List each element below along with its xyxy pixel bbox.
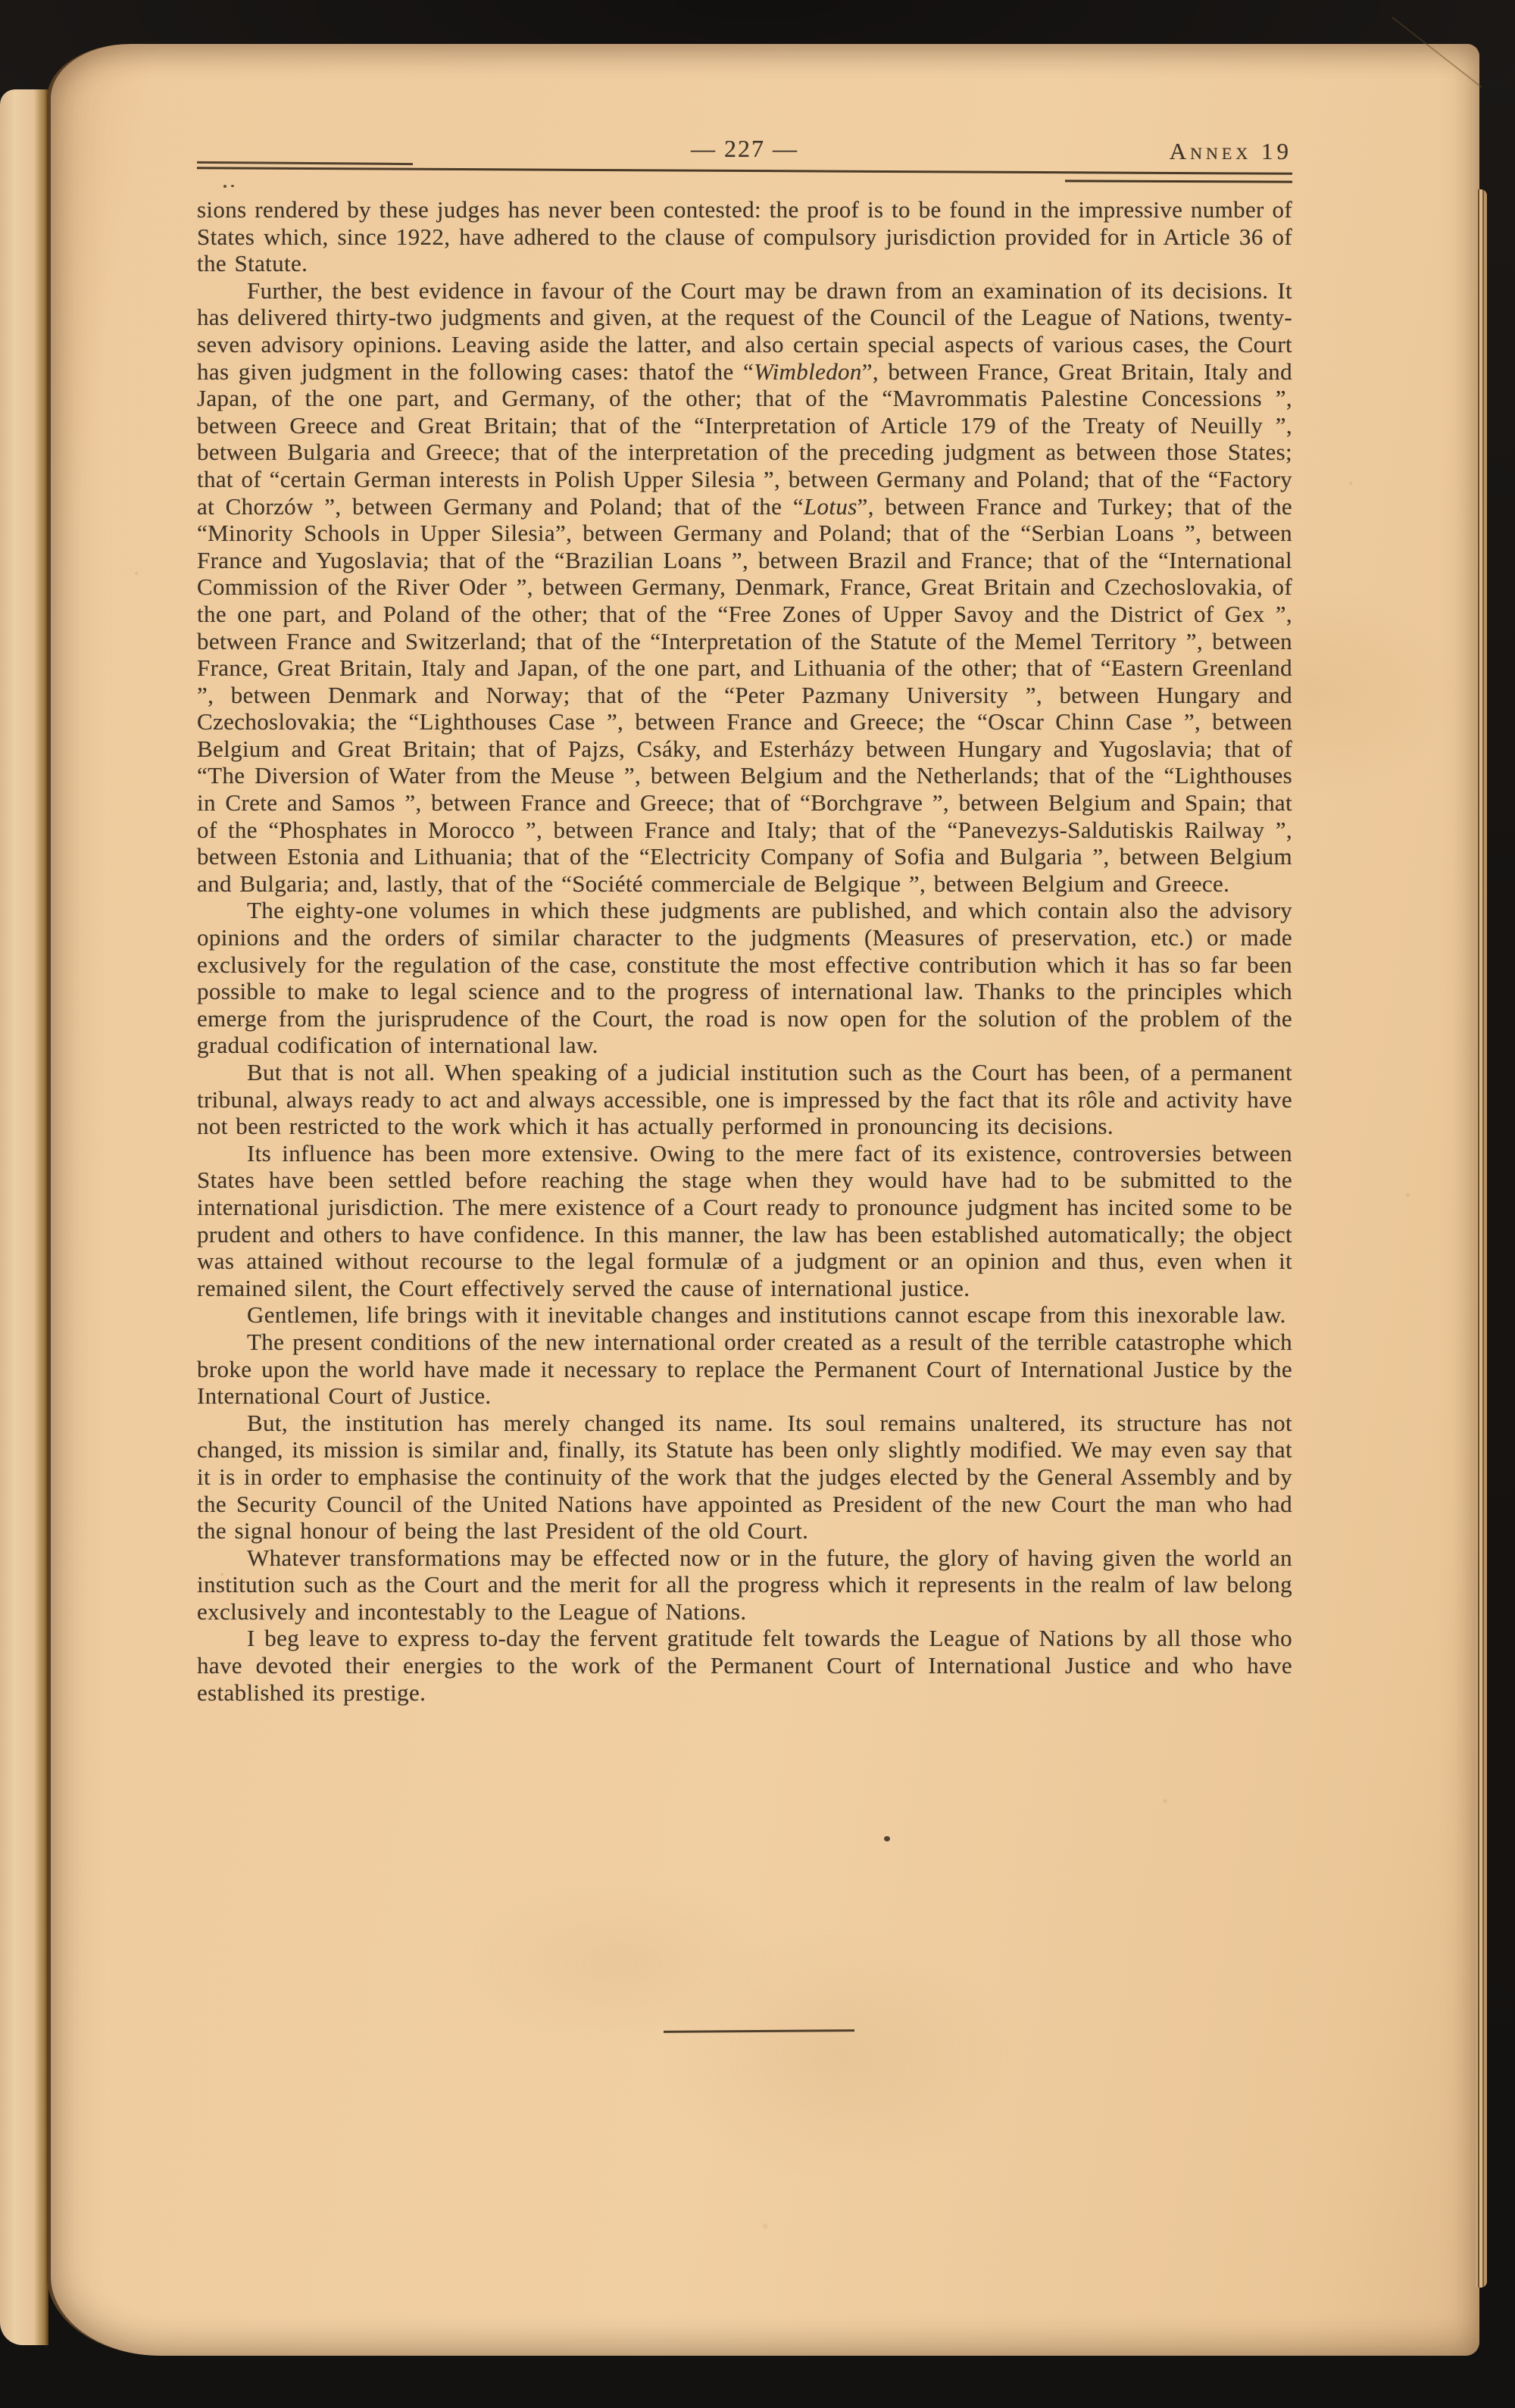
text-run: sions rendered by these judges has never… <box>197 196 1292 276</box>
scan-background: — 227 — Annex 19 sions rendered by these… <box>0 0 1515 2408</box>
text-run: ”, between France and Turkey; that of th… <box>197 493 1292 897</box>
paragraph: The present conditions of the new intern… <box>197 1329 1292 1410</box>
page-number: — 227 — <box>197 135 1292 163</box>
text-run: The eighty-one volumes in which these ju… <box>197 897 1292 1058</box>
paragraph: But, the institution has merely changed … <box>197 1410 1292 1544</box>
text-run: Whatever transformations may be effected… <box>197 1544 1292 1625</box>
underlying-page-edge <box>0 89 48 2345</box>
case-name-italic: Wimbledon <box>754 358 862 385</box>
text-run: Its influence has been more extensive. O… <box>197 1140 1292 1301</box>
paragraph: Further, the best evidence in favour of … <box>197 277 1292 898</box>
text-run: The present conditions of the new intern… <box>197 1329 1292 1409</box>
paragraph: Its influence has been more extensive. O… <box>197 1140 1292 1302</box>
book-page: — 227 — Annex 19 sions rendered by these… <box>47 44 1479 2356</box>
paragraph: The eighty-one volumes in which these ju… <box>197 897 1292 1059</box>
paragraph: Whatever transformations may be effected… <box>197 1544 1292 1626</box>
header-rule <box>197 167 1292 175</box>
ink-speck-dot <box>884 1836 890 1841</box>
text-run: But, the institution has merely changed … <box>197 1410 1292 1544</box>
case-name-italic: Lotus <box>804 493 857 520</box>
paragraph: I beg leave to express to-day the ferven… <box>197 1625 1292 1706</box>
paragraph: sions rendered by these judges has never… <box>197 196 1292 277</box>
text-run: Gentlemen, life brings with it inevitabl… <box>247 1301 1286 1328</box>
paragraph: But that is not all. When speaking of a … <box>197 1059 1292 1140</box>
annex-underline <box>1065 180 1292 183</box>
section-end-rule <box>664 2029 854 2033</box>
ink-speck-marks <box>223 185 236 189</box>
paragraph: Gentlemen, life brings with it inevitabl… <box>197 1301 1292 1329</box>
annex-label: Annex 19 <box>1170 138 1292 165</box>
page-stack-edges <box>1476 189 1487 2288</box>
document-body: sions rendered by these judges has never… <box>197 196 1292 1950</box>
page-content: — 227 — Annex 19 sions rendered by these… <box>197 135 1292 2032</box>
text-run: But that is not all. When speaking of a … <box>197 1059 1292 1139</box>
text-run: I beg leave to express to-day the ferven… <box>197 1625 1292 1705</box>
